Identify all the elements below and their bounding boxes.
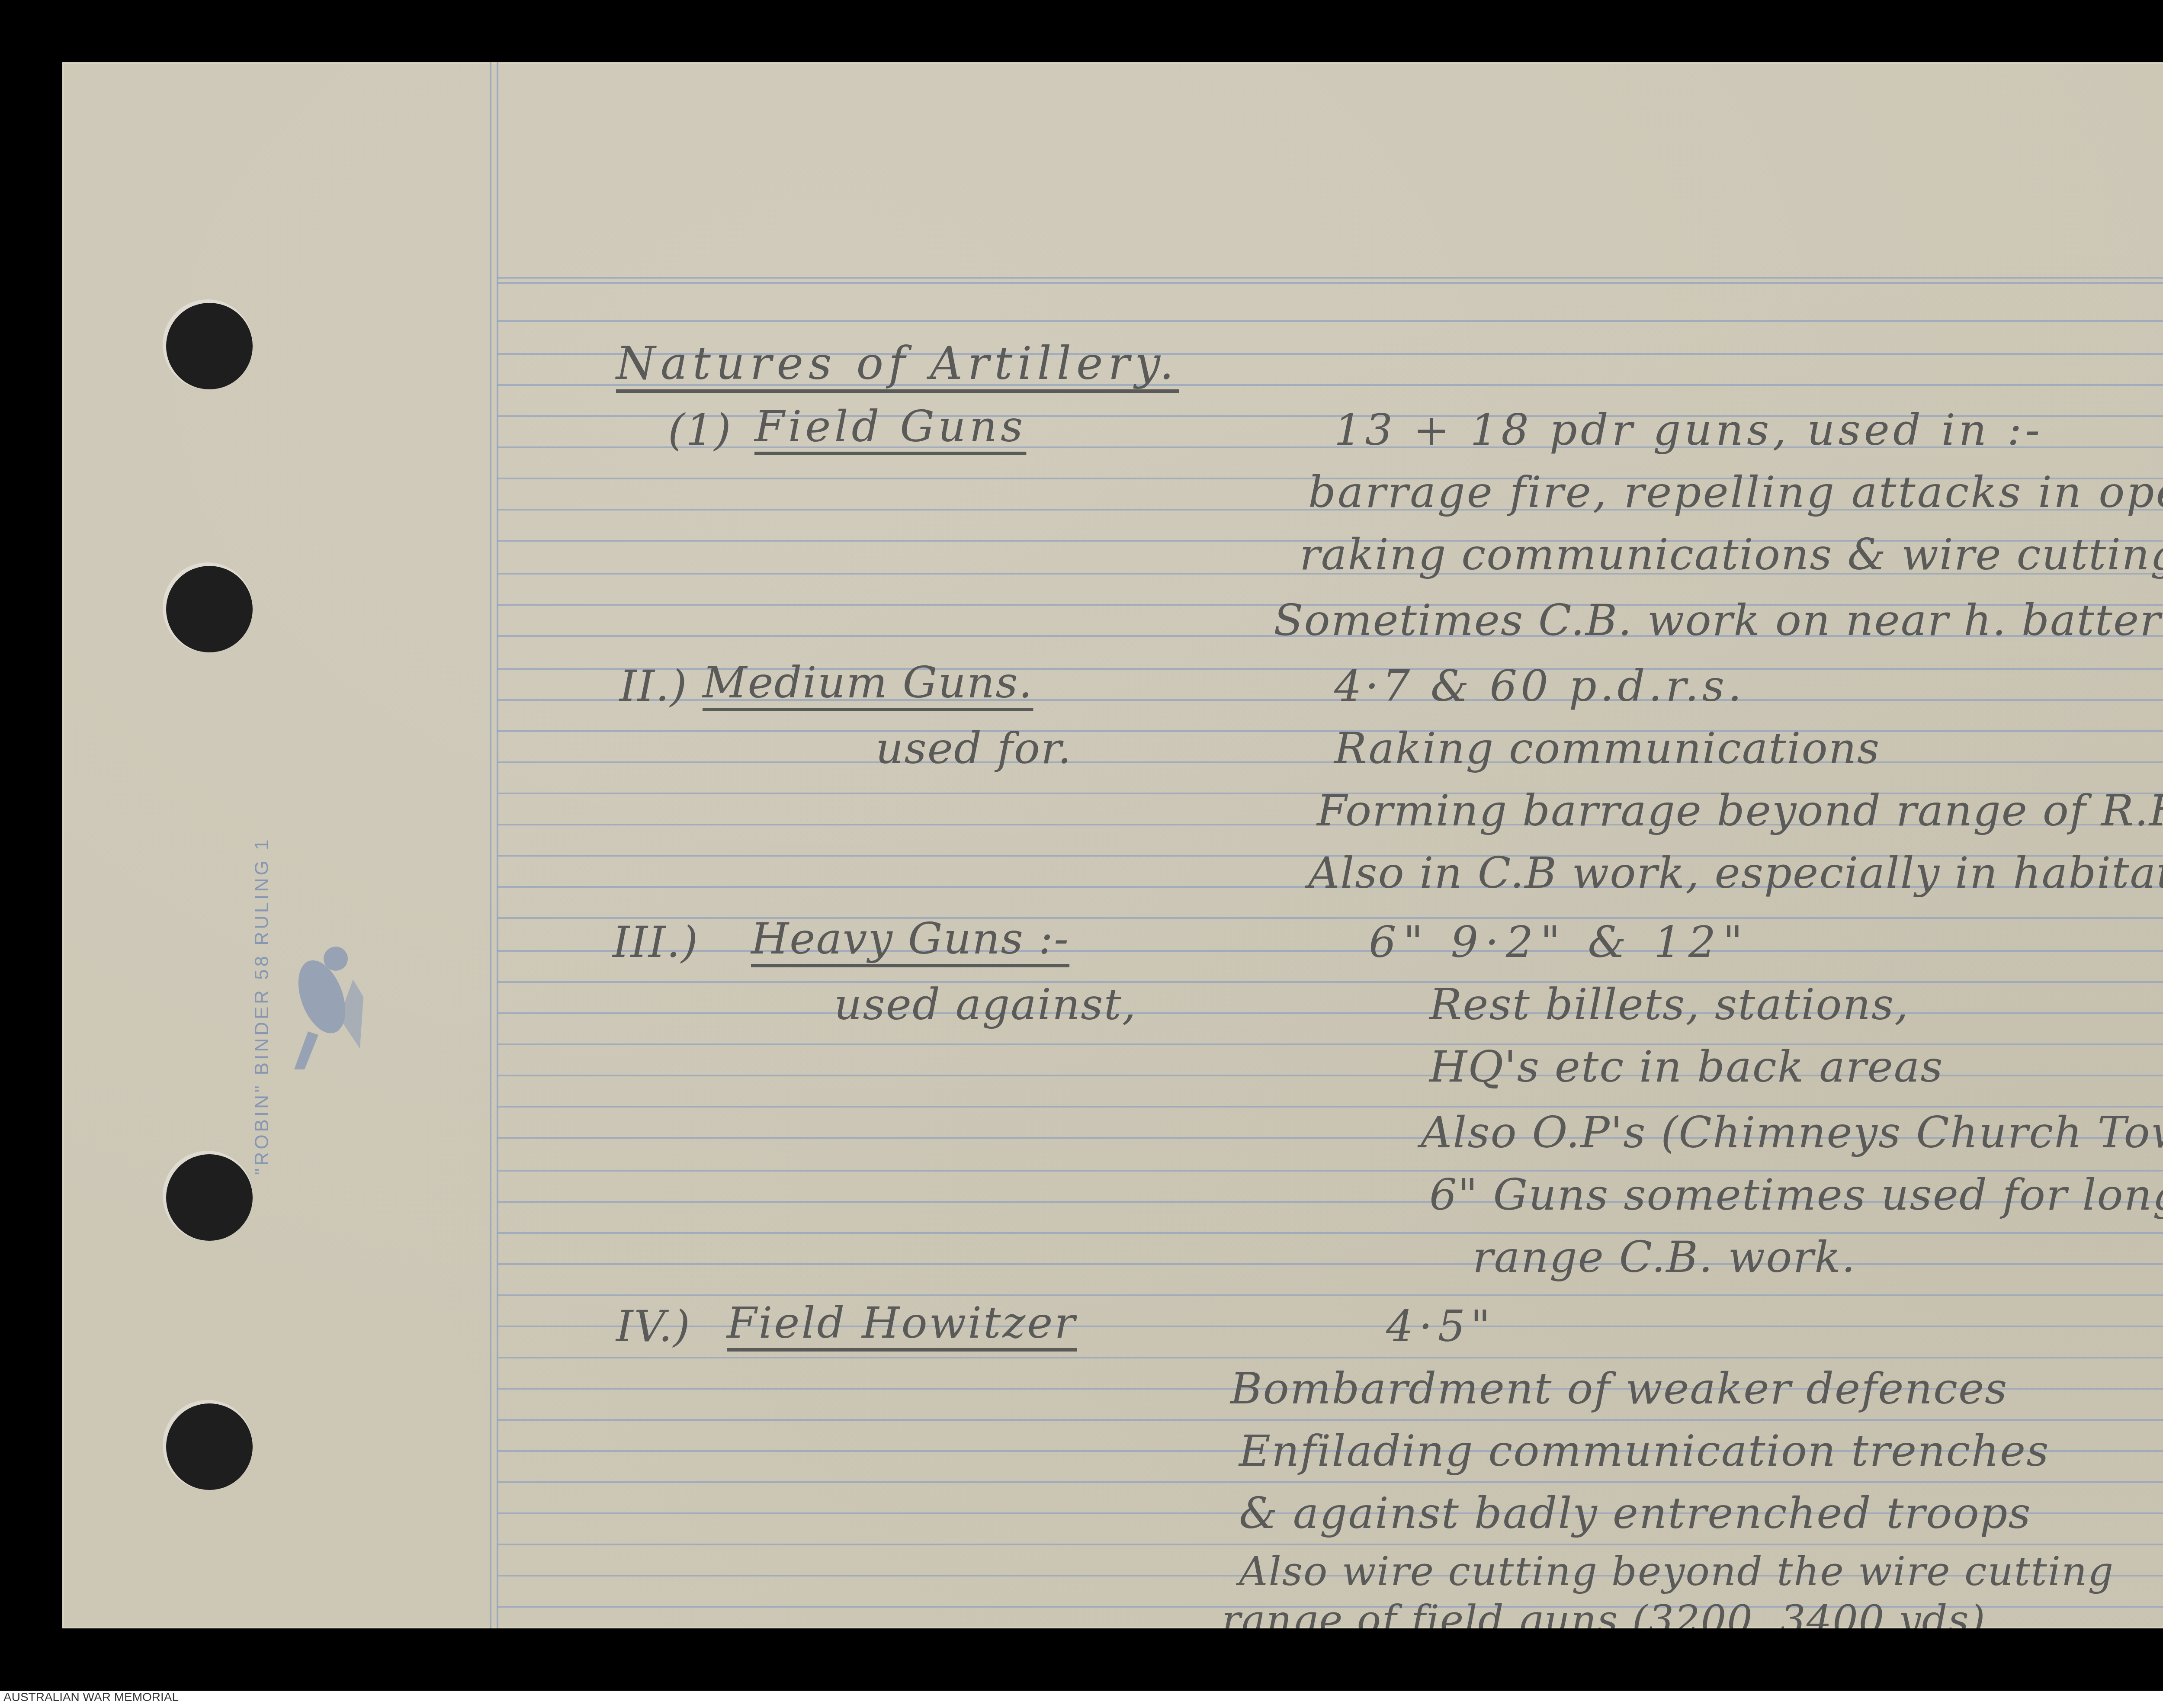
ruled-line [497,1419,2163,1421]
section-line: Rest billets, stations, [1429,983,1909,1026]
header-rule [497,277,2163,279]
section-heading: Field Guns [754,405,1026,448]
punch-hole-icon [166,1403,253,1490]
ruled-line [497,1481,2163,1483]
ruled-line [497,1294,2163,1296]
section-line: Also O.P's (Chimneys Church Towers) [1421,1111,2163,1154]
notebook-page: "ROBIN" BINDER 58 RULING 1 [62,62,2163,1628]
ruled-line [497,730,2163,732]
punch-hole-icon [166,566,253,652]
scan-stage: "ROBIN" BINDER 58 RULING 1 [0,0,2163,1708]
section-line: 6" Guns sometimes used for long [1429,1173,2163,1217]
ruled-line [497,1232,2163,1234]
section-heading: Field Howitzer [727,1301,1077,1345]
section-numeral: II.) [619,665,688,708]
section-line: 4·7 & 60 p.d.r.s. [1334,665,1745,708]
ruled-line [497,761,2163,763]
section-line: 13 + 18 pdr guns, used in :- [1334,408,2043,452]
section-heading: Heavy Guns :- [751,917,1069,960]
section-subheading: used for. [876,727,1072,770]
section-numeral: IV.) [616,1305,691,1348]
ruled-line [497,1263,2163,1265]
section-line: Raking communications [1334,727,1880,770]
section-line: & against badly entrenched troops [1239,1492,2031,1535]
ruled-line [497,950,2163,952]
section-line: Also wire cutting beyond the wire cuttin… [1239,1554,2114,1594]
section-line: 6" 9·2" & 12" [1369,921,1749,964]
archive-footer: AUSTRALIAN WAR MEMORIAL AWM2019.22.242 [0,1691,2163,1708]
section-line: HQ's etc in back areas [1429,1045,1944,1088]
page-title: Natures of Artillery. [616,343,1179,388]
punch-hole-icon [166,1154,253,1241]
margin-line [490,62,491,1628]
header-rule [497,282,2163,284]
ruled-line [497,1012,2163,1014]
section-line: Forming barrage beyond range of R.F.A. [1317,789,2163,832]
section-line: 4·5" [1386,1305,1495,1348]
section-numeral: III.) [613,921,699,964]
section-subheading: used against, [834,983,1137,1026]
section-line: Bombardment of weaker defences [1230,1367,2008,1410]
ruled-line [497,1544,2163,1545]
section-line: Sometimes C.B. work on near h. batteries… [1274,599,2163,642]
section-numeral: (1) [668,408,732,452]
institution-label: AUSTRALIAN WAR MEMORIAL [3,1691,179,1708]
section-line: raking communications & wire cutting. [1300,533,2163,576]
section-heading: Medium Guns. [703,661,1033,704]
section-line: Also in C.B work, especially in habitati… [1308,851,2163,895]
ruled-line [497,981,2163,983]
section-line: Enfilading communication trenches [1239,1429,2050,1473]
robin-bird-icon [270,928,374,1083]
section-line: range of field guns (3200, 3400 yds) [1222,1602,1986,1628]
punch-hole-icon [166,303,253,389]
section-line: barrage fire, repelling attacks in open [1308,471,2163,514]
ruled-line [497,917,2163,919]
ruled-line [497,320,2163,322]
margin-line [497,62,498,1628]
section-line: range C.B. work. [1473,1236,1856,1279]
ruled-line [497,1357,2163,1358]
